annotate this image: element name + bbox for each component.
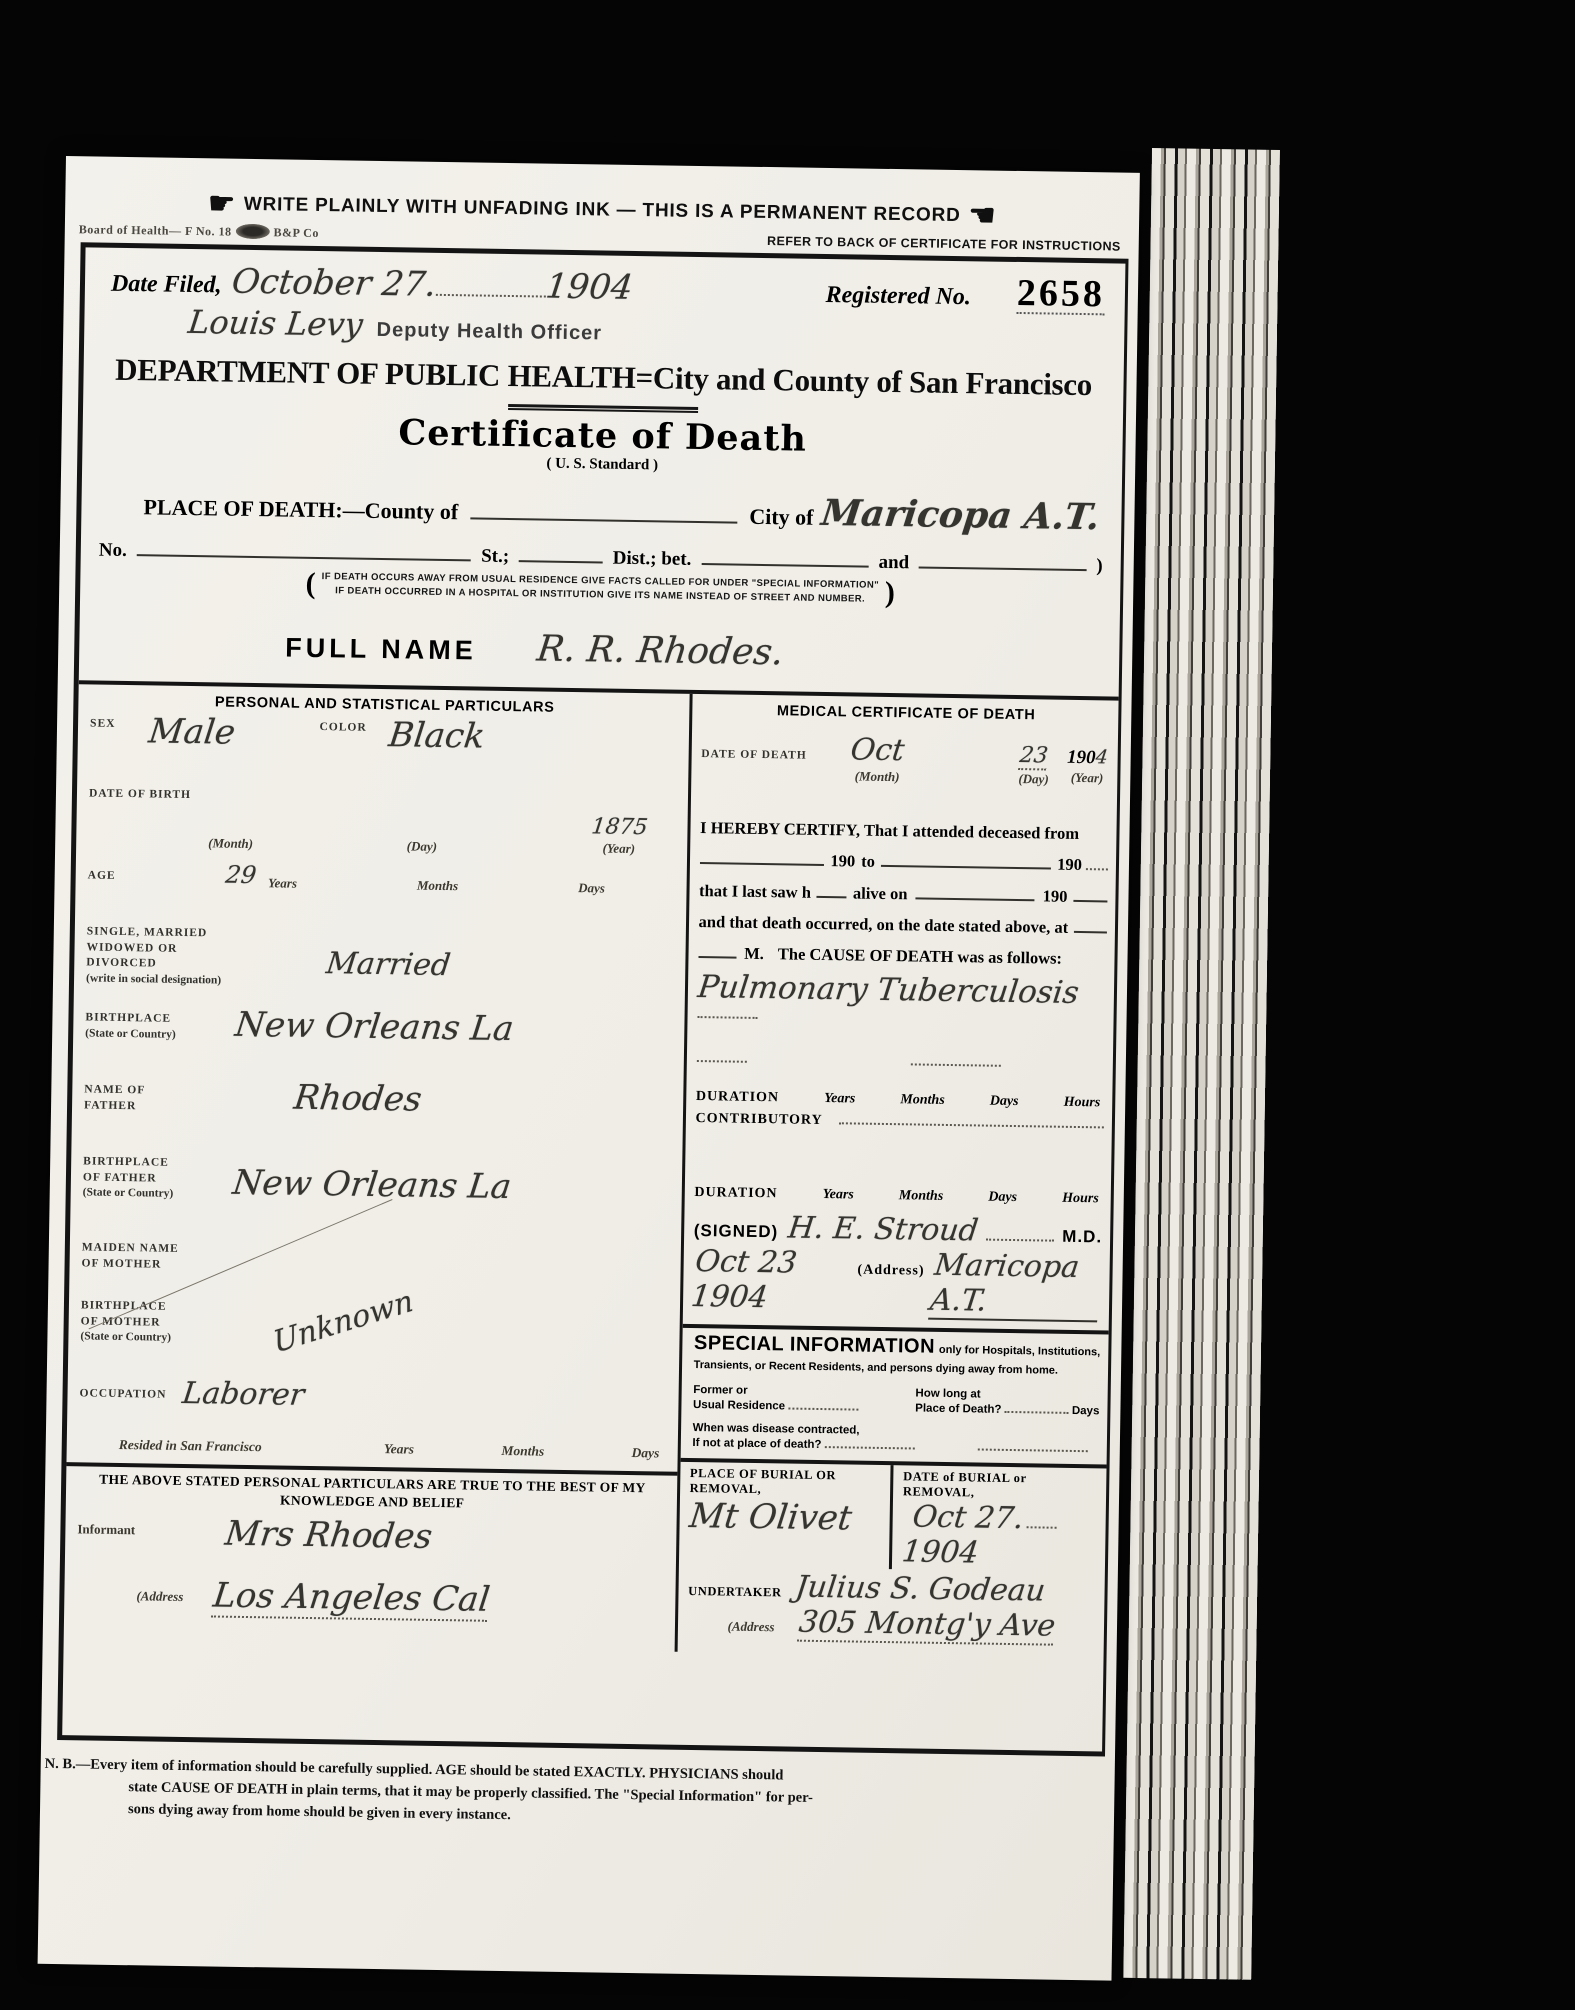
last-saw-label: that I last saw h (699, 875, 811, 908)
alive-on-label: alive on (853, 877, 908, 909)
m-blank (698, 956, 736, 959)
date-of-death-row: DATE OF DEATH Oct (Month) 23 (Day) (700, 720, 1110, 818)
death-day-label: (Day) (1018, 771, 1049, 786)
death-year-label: (Year) (1071, 770, 1104, 786)
contracted-label: When was disease contracted, If not at p… (692, 1421, 1099, 1457)
form-number-line: Board of Health— F No. 18B&P Co (79, 221, 319, 241)
color-value: Black (386, 715, 487, 756)
deputy-signature: Louis Levy (186, 303, 365, 344)
burial-row: PLACE OF BURIAL OR REMOVAL, Mt Olivet DA… (679, 1458, 1107, 1573)
father-label: NAME OF FATHER (84, 1074, 235, 1115)
cause-of-death-label: The CAUSE OF DEATH was as follows: (764, 938, 1063, 974)
ink-stamp-mark (235, 224, 269, 240)
city-value: Maricopa A.T. (820, 499, 1101, 532)
book-page-edges (1123, 148, 1280, 1980)
resided-row: Resided in San Francisco Years Months Da… (79, 1436, 668, 1465)
refer-note: REFER TO BACK OF CERTIFICATE FOR INSTRUC… (767, 234, 1121, 254)
undertaker-address-label: (Address (687, 1608, 774, 1635)
duration2-days: Days (988, 1189, 1017, 1205)
undertaker-address-row: (Address 305 Montg'y Ave (687, 1603, 1096, 1646)
contributory-row: CONTRIBUTORY (695, 1111, 1104, 1133)
alive-blank (915, 897, 1034, 901)
day-col-label: (Day) (407, 838, 438, 854)
st-label: St.; (481, 546, 509, 568)
contracted-blank-1 (825, 1446, 915, 1449)
burial-place-value: Mt Olivet (687, 1496, 854, 1538)
signed-date-value: Oct 23 1904 (689, 1244, 848, 1316)
signature-fill (986, 1238, 1054, 1241)
residence-note-text: IF DEATH OCCURS AWAY FROM USUAL RESIDENC… (321, 570, 879, 607)
resided-years: Years (384, 1441, 414, 1457)
physician-signature: H. E. Stroud (786, 1210, 980, 1248)
signed-address-value: Maricopa A.T. (928, 1248, 1106, 1323)
dist-label: Dist.; bet. (613, 548, 692, 571)
age-months-label: Months (417, 864, 459, 895)
burial-date-fill (1027, 1527, 1057, 1529)
bet-blank-line (701, 563, 868, 568)
howlong-blank (1005, 1411, 1069, 1414)
date-filed-label: Date Filed, (111, 271, 222, 300)
to-label: to (861, 846, 875, 878)
how-long-label: How long at Place of Death? Days (915, 1386, 1100, 1419)
personal-column: PERSONAL AND STATISTICAL PARTICULARS SEX… (64, 684, 693, 1652)
mother-birthplace-row: BIRTHPLACE OF MOTHER (State or Country) … (80, 1290, 670, 1383)
informant-row: Informant Mrs Rhodes (77, 1505, 667, 1578)
death-year-value: 4 (1094, 746, 1109, 768)
no-blank-line (137, 554, 471, 561)
open-paren: ( (299, 567, 322, 601)
undertaker-label: UNDERTAKER (688, 1568, 782, 1600)
and-label: and (878, 552, 909, 574)
year-col-label: (Year) (602, 840, 635, 856)
mother-birthplace-value: Unknown (271, 1283, 417, 1360)
pointing-hand-icon-right: ☚ (960, 199, 1004, 233)
color-label: COLOR (319, 714, 367, 736)
special-information-block: SPECIAL INFORMATION only for Hospitals, … (680, 1324, 1108, 1459)
certificate-page: ☛WRITE PLAINLY WITH UNFADING INK — THIS … (38, 156, 1140, 1981)
month-col-label: (Month) (208, 835, 253, 852)
columns: PERSONAL AND STATISTICAL PARTICULARS SEX… (64, 680, 1119, 1658)
n190b-blank (1086, 868, 1108, 870)
banner-text: WRITE PLAINLY WITH UNFADING INK — THIS I… (244, 194, 961, 226)
occupation-value: Laborer (180, 1376, 306, 1413)
occupation-label: OCCUPATION (79, 1374, 166, 1403)
resided-months: Months (501, 1443, 544, 1460)
duration-label-2: DURATION (694, 1185, 777, 1202)
md-label: M.D. (1062, 1227, 1102, 1248)
signed-address-label: (Address) (857, 1262, 924, 1279)
informant-address-row: (Address Los Angeles Cal (76, 1569, 665, 1624)
close-paren-2: ) (879, 576, 902, 610)
father-birthplace-row: BIRTHPLACE OF FATHER (State or Country) … (82, 1146, 672, 1241)
father-value: Rhodes (292, 1078, 424, 1120)
informant-address-label: (Address (76, 1569, 183, 1605)
sex-color-row: SEX Male COLOR Black (89, 710, 679, 795)
duration-label-1: DURATION (696, 1089, 779, 1106)
sex-label: SEX (90, 710, 116, 732)
full-name-row: FULL NAME R. R. Rhodes. (285, 625, 1094, 679)
occurred-blank (1074, 931, 1107, 934)
h-blank (817, 896, 847, 898)
age-years-label: Years (268, 861, 297, 891)
certify-paragraph: I HEREBY CERTIFY, That I attended deceas… (698, 812, 1109, 975)
county-blank-line (470, 517, 737, 523)
date-of-death-label: DATE OF DEATH (701, 747, 807, 764)
occupation-row: OCCUPATION Laborer (79, 1374, 668, 1437)
title-divider (508, 404, 698, 413)
former-blank (788, 1407, 858, 1410)
to-blank (881, 865, 1051, 870)
birthplace-label: BIRTHPLACE (State or Country) (85, 1002, 236, 1043)
age-label: AGE (88, 858, 116, 884)
age-days-label: Days (578, 866, 605, 896)
place-of-death-label: PLACE OF DEATH:—County of (143, 494, 458, 525)
cause-of-death-area: Pulmonary Tuberculosis (696, 969, 1106, 1095)
marital-value: Married (324, 946, 452, 983)
undertaker-address-value: 305 Montg'y Ave (796, 1605, 1056, 1646)
father-birthplace-value: New Orleans La (230, 1163, 513, 1207)
full-name-label: FULL NAME (285, 633, 477, 667)
burial-date-value: Oct 27. (910, 1500, 1025, 1537)
date-filed-year: 1904 (543, 267, 634, 308)
close-paren: ) (1096, 555, 1103, 577)
sex-value: Male (147, 711, 238, 752)
full-name-value: R. R. Rhodes. (534, 628, 785, 673)
deputy-title-stamp: Deputy Health Officer (366, 319, 602, 345)
duration1-years: Years (824, 1091, 855, 1107)
cause-fill (697, 1016, 757, 1019)
undertaker-value: Julius S. Godeau (794, 1570, 1048, 1609)
footnote: N. B.—Every item of information should b… (44, 1754, 1111, 1836)
resided-label: Resided in San Francisco (119, 1437, 262, 1455)
blank-dots-1 (696, 1060, 746, 1063)
age-value: 29 (224, 861, 258, 889)
dob-year-value: 1875 (590, 814, 649, 840)
signed-label: (SIGNED) (694, 1221, 779, 1242)
and-blank-line (919, 566, 1086, 571)
special-information-title: SPECIAL INFORMATION (694, 1332, 935, 1358)
duration1-hours: Hours (1064, 1095, 1101, 1112)
place-of-death-row: PLACE OF DEATH:—County of City of Marico… (143, 488, 1099, 535)
blank-dots-2 (910, 1063, 1000, 1066)
former-residence-label: Former or Usual Residence (693, 1383, 859, 1415)
medical-column: MEDICAL CERTIFICATE OF DEATH DATE OF DEA… (677, 694, 1118, 1659)
fill-line (436, 294, 546, 298)
burial-place-cell: PLACE OF BURIAL OR REMOVAL, Mt Olivet (679, 1462, 894, 1569)
cause-of-death-value: Pulmonary Tuberculosis (695, 969, 1080, 1011)
death-year-print: 190 (1067, 747, 1096, 768)
birthplace-row: BIRTHPLACE (State or Country) New Orlean… (85, 1002, 675, 1083)
birthplace-value: New Orleans La (233, 1005, 516, 1049)
date-filed-value: October 27. (229, 262, 438, 305)
n190a: 190 (824, 845, 861, 877)
marital-label: SINGLE, MARRIED WIDOWED OR DIVORCED (wri… (86, 916, 237, 988)
informant-label: Informant (77, 1505, 135, 1538)
n190b: 190 (1057, 849, 1082, 881)
pointing-hand-icon: ☛ (200, 187, 244, 221)
contracted-blank-2 (978, 1448, 1088, 1452)
informant-address-value: Los Angeles Cal (211, 1576, 492, 1622)
duration2-years: Years (823, 1187, 854, 1203)
marital-row: SINGLE, MARRIED WIDOWED OR DIVORCED (wri… (86, 916, 676, 1011)
death-day-value: 23 (1018, 743, 1049, 770)
resided-days: Days (631, 1445, 659, 1461)
burial-place-label: PLACE OF BURIAL OR REMOVAL, (690, 1466, 885, 1499)
age-row: AGE 29 Years Months Days (87, 858, 676, 925)
city-of-label: City of (749, 504, 814, 531)
mother-name-row: MAIDEN NAME OF MOTHER (81, 1232, 670, 1299)
from-blank (700, 862, 825, 866)
n190c: 190 (1042, 880, 1067, 912)
n190c-blank (1073, 900, 1107, 903)
duration1-days: Days (990, 1093, 1019, 1109)
residence-duration-row: Former or Usual Residence How long at Pl… (693, 1383, 1100, 1419)
father-birthplace-label: BIRTHPLACE OF FATHER (State or Country) (83, 1146, 234, 1203)
contributory-label: CONTRIBUTORY (695, 1111, 822, 1129)
mother-name-label: MAIDEN NAME OF MOTHER (81, 1232, 232, 1273)
registered-no-label: Registered No. (825, 282, 971, 311)
death-month-value: Oct (849, 732, 907, 768)
photograph-of-death-certificate: ☛WRITE PLAINLY WITH UNFADING INK — THIS … (0, 0, 1575, 2010)
m-label: M. (744, 938, 764, 970)
signed-date-row: Oct 23 1904 (Address) Maricopa A.T. (692, 1244, 1101, 1322)
certificate-box: Date Filed, October 27. 1904 Registered … (57, 242, 1128, 1756)
duration2-months: Months (899, 1188, 944, 1205)
certify-line1: I HEREBY CERTIFY, That I attended deceas… (700, 812, 1079, 849)
burial-date-cell: DATE of BURIAL or REMOVAL, Oct 27. 1904 (892, 1466, 1107, 1573)
burial-date-year: 1904 (900, 1535, 981, 1571)
registered-no-value: 2658 (1017, 274, 1106, 315)
contributory-blank (839, 1122, 1104, 1128)
mother-section: MAIDEN NAME OF MOTHER BIRTHPLACE OF MOTH… (80, 1232, 671, 1383)
duration-row-2: DURATION Years Months Days Hours (694, 1185, 1103, 1207)
father-row: NAME OF FATHER Rhodes (83, 1074, 673, 1155)
no-label: No. (99, 540, 127, 562)
st-blank-line (519, 560, 603, 563)
duration1-months: Months (900, 1092, 945, 1109)
death-month-label: (Month) (855, 768, 900, 784)
burial-date-label: DATE of BURIAL or REMOVAL, (903, 1470, 1101, 1503)
dob-row: DATE OF BIRTH (Month) (Day) 1875 (Year) (88, 786, 678, 867)
duration2-hours: Hours (1062, 1190, 1099, 1207)
informant-value: Mrs Rhodes (223, 1514, 434, 1557)
